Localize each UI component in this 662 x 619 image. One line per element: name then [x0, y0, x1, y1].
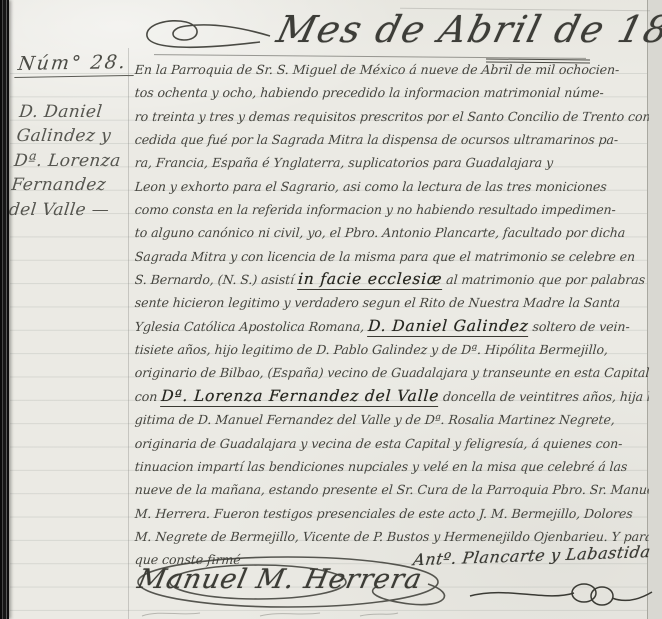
parish-priest-signature: Manuel M. Herrera — [135, 564, 425, 595]
margin-name-line: Fernandez — [10, 173, 125, 197]
manuscript-line: tinuacion impartí las bendiciones nupcia… — [134, 455, 650, 478]
page-title: Mes de Abril de 1888. — [273, 8, 662, 51]
groom-name-underlined: D. Daniel Galindez — [367, 317, 529, 337]
manuscript-line: sente hicieron legitimo y verdadero segu… — [134, 291, 650, 314]
bride-name-underlined: Dª. Lorenza Fernandez del Valle — [160, 387, 439, 407]
manuscript-line: to alguno canónico ni civil, yo, el Pbro… — [134, 221, 650, 244]
margin-name-line: Dª. Lorenza — [13, 149, 128, 173]
manuscript-line: ra, Francia, España é Ynglaterra, suplic… — [134, 151, 650, 174]
manuscript-line: tos ochenta y ocho, habiendo precedido l… — [134, 81, 650, 104]
manuscript-line: originaria de Guadalajara y vecina de es… — [134, 432, 650, 455]
parish-register-page: Mes de Abril de 1888. Núm° 28. D. Daniel… — [0, 0, 662, 619]
parish-priest-signature-block: Manuel M. Herrera — [128, 552, 458, 614]
manuscript-line: S. Bernardo, (N. S.) asistí in facie ecc… — [134, 268, 650, 291]
line-text: S. Bernardo, (N. S.) asistí — [134, 272, 298, 287]
margin-party-names: D. Daniel Galindez y Dª. Lorenza Fernand… — [8, 100, 133, 222]
manuscript-line: tisiete años, hijo legitimo de D. Pablo … — [134, 338, 650, 361]
manuscript-line: gitima de D. Manuel Fernandez del Valle … — [134, 408, 650, 431]
manuscript-line: nueve de la mañana, estando presente el … — [134, 478, 650, 501]
record-number: Núm° 28. — [14, 51, 136, 78]
manuscript-line: En la Parroquia de Sr. S. Miguel de Méxi… — [134, 58, 650, 81]
margin-name-line: del Valle — — [8, 198, 123, 222]
manuscript-line: con Dª. Lorenza Fernandez del Valle donc… — [134, 385, 650, 408]
manuscript-line: originario de Bilbao, (España) vecino de… — [134, 361, 650, 384]
line-text: doncella de veintitres años, hija le- — [439, 389, 650, 404]
manuscript-line: Yglesia Católica Apostolica Romana, D. D… — [134, 315, 650, 338]
manuscript-body: En la Parroquia de Sr. S. Miguel de Méxi… — [134, 58, 648, 572]
manuscript-line: cedida que fué por la Sagrada Mitra la d… — [134, 128, 650, 151]
page-header: Mes de Abril de 1888. — [140, 6, 648, 58]
line-text: con — [134, 389, 161, 404]
book-binding-strip — [0, 0, 9, 619]
line-text: al matrimonio que por palabras de pre- — [442, 272, 650, 287]
margin-name-line: D. Daniel — [18, 100, 133, 124]
manuscript-line: Sagrada Mitra y con licencia de la misma… — [134, 245, 650, 268]
manuscript-line: como consta en la referida informacion y… — [134, 198, 650, 221]
latin-phrase-underlined: in facie ecclesiæ — [297, 270, 443, 290]
margin-name-line: Galindez y — [15, 124, 130, 148]
calligraphic-flourish-icon — [142, 12, 274, 58]
manuscript-line: M. Herrera. Fueron testigos presenciales… — [134, 502, 650, 525]
next-entry-cutoff-marks — [140, 608, 400, 618]
manuscript-line: ro treinta y tres y demas requisitos pre… — [134, 105, 650, 128]
officiant-rubric-icon — [466, 580, 656, 610]
line-text: Yglesia Católica Apostolica Romana, — [134, 319, 368, 334]
manuscript-line: Leon y exhorto para el Sagrario, asi com… — [134, 175, 650, 198]
line-text: soltero de vein- — [528, 319, 630, 334]
